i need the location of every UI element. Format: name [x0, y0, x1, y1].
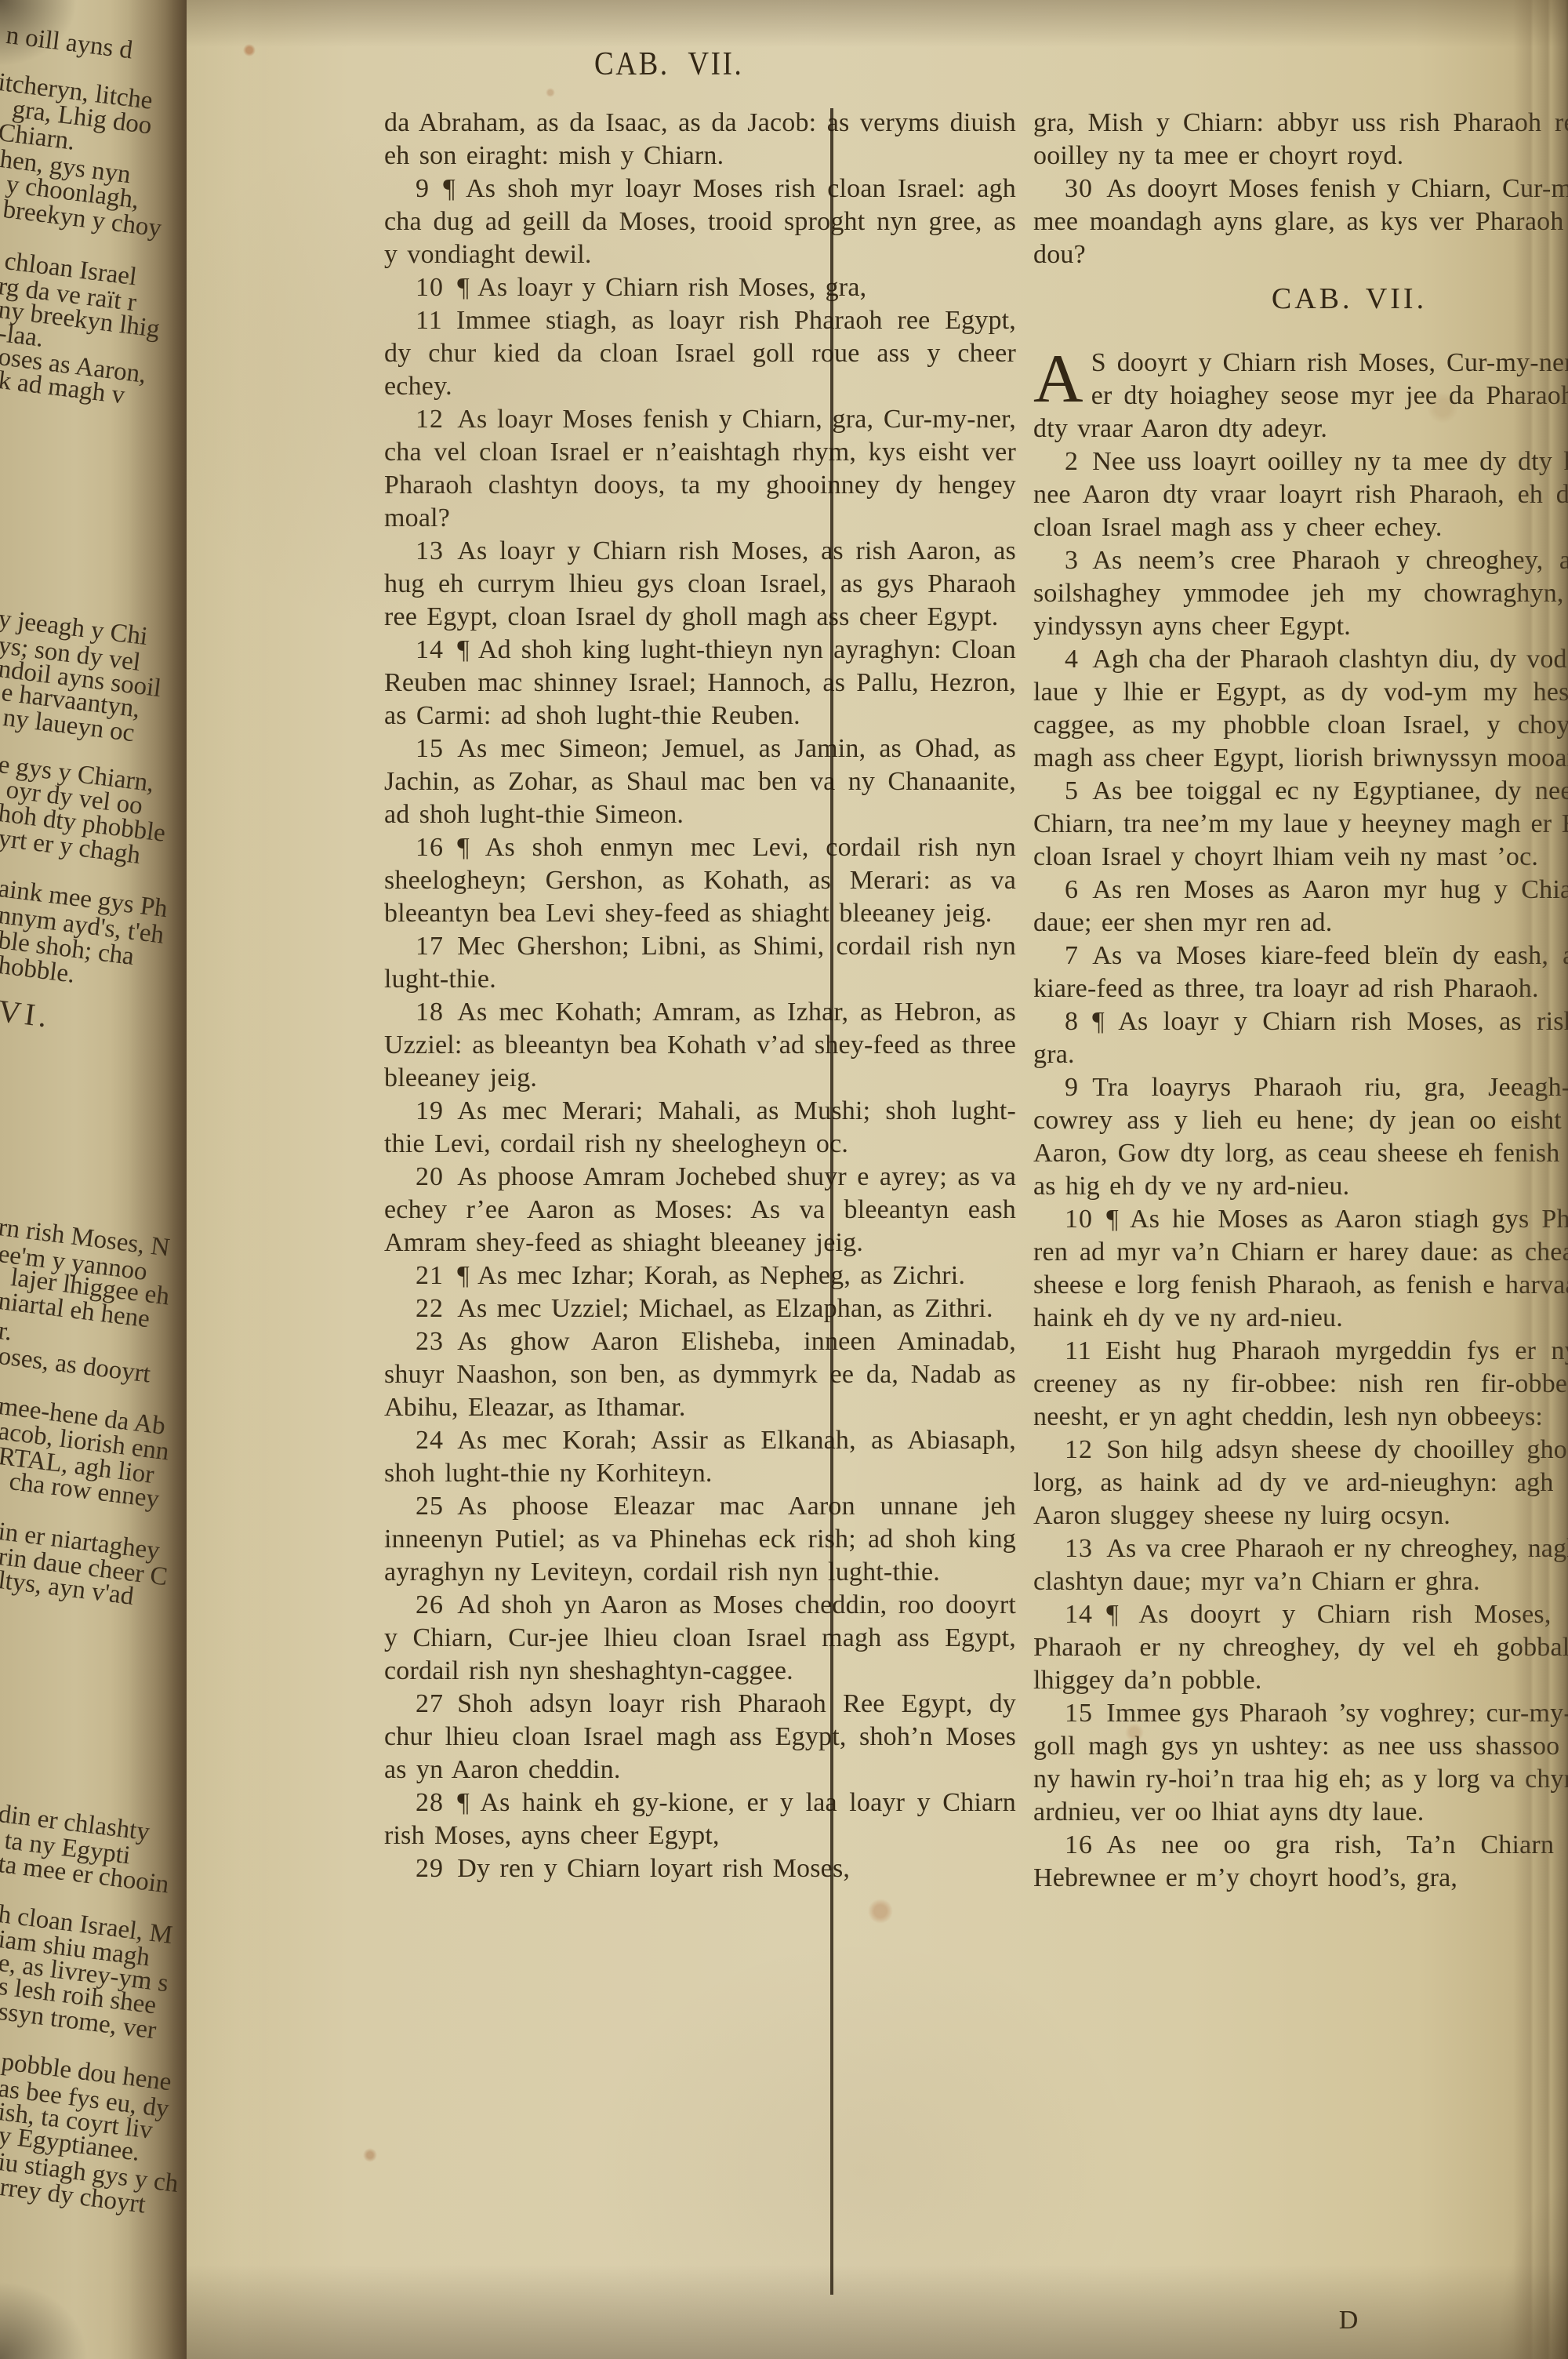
verse-16: 16 ¶ As shoh enmyn mec Levi, cordail ris…	[384, 831, 1016, 930]
verse-number: 13	[1065, 1534, 1093, 1563]
verse-13: 13 As va cree Pharaoh er ny chreoghey, n…	[1033, 1532, 1568, 1598]
verse-number: 27	[416, 1689, 444, 1718]
verse-number: 21	[416, 1261, 444, 1290]
pilcrow-mark: ¶	[457, 1788, 470, 1817]
verse-number: 5	[1065, 776, 1079, 805]
verse-27: 27 Shoh adsyn loayr rish Pharaoh Ree Egy…	[384, 1688, 1016, 1787]
verse-number: 12	[1065, 1435, 1093, 1464]
verse-continuation: da Abraham, as da Isaac, as da Jacob: as…	[384, 107, 1016, 173]
column-divider-rule	[830, 108, 833, 2295]
verse-11: 11 Immee stiagh, as loayr rish Pharaoh r…	[384, 304, 1016, 403]
verse-10: 10 ¶ As hie Moses as Aaron stiagh gys Ph…	[1033, 1203, 1568, 1335]
verse-28: 28 ¶ As haink eh gy-kione, er y laa loay…	[384, 1787, 1016, 1852]
verse-23: 23 As ghow Aaron Elisheba, inneen Aminad…	[384, 1325, 1016, 1424]
verse-2: 2 Nee uss loayrt ooilley ny ta mee dy dt…	[1033, 445, 1568, 544]
gutter-fragment-line: n oill ayns d	[5, 22, 134, 64]
verse-number: 15	[416, 734, 444, 763]
verse-19: 19 As mec Merari; Mahali, as Mushi; shoh…	[384, 1095, 1016, 1161]
verse-13: 13 As loayr y Chiarn rish Moses, as rish…	[384, 535, 1016, 634]
verse-21: 21 ¶ As mec Izhar; Korah, as Nepheg, as …	[384, 1259, 1016, 1292]
pilcrow-mark: ¶	[457, 635, 470, 664]
verse-number: 18	[416, 998, 444, 1027]
pilcrow-mark: ¶	[1092, 1007, 1105, 1036]
verse-14: 14 ¶ As dooyrt y Chiarn rish Moses, Ta c…	[1033, 1598, 1568, 1697]
verse-1: AS dooyrt y Chiarn rish Moses, Cur-my-ne…	[1033, 347, 1568, 445]
verse-22: 22 As mec Uzziel; Michael, as Elzaphan, …	[384, 1292, 1016, 1325]
verse-number: 15	[1065, 1699, 1093, 1728]
verse-17: 17 Mec Ghershon; Libni, as Shimi, cordai…	[384, 930, 1016, 996]
verse-number: 14	[1065, 1600, 1093, 1629]
verse-4: 4 Agh cha der Pharaoh clashtyn diu, dy v…	[1033, 643, 1568, 775]
verse-18: 18 As mec Kohath; Amram, as Izhar, as He…	[384, 996, 1016, 1095]
signature-mark: D	[1033, 2304, 1568, 2337]
right-column-verses-after: 2 Nee uss loayrt ooilley ny ta mee dy dt…	[1033, 445, 1568, 1895]
verse-10: 10 ¶ As loayr y Chiarn rish Moses, gra,	[384, 271, 1016, 304]
verse-number: 14	[416, 635, 444, 664]
verse-number: 17	[416, 932, 444, 961]
verse-number: 23	[416, 1327, 444, 1356]
verse-12: 12 Son hilg adsyn sheese dy chooilley gh…	[1033, 1434, 1568, 1532]
verse-14: 14 ¶ Ad shoh king lught-thieyn nyn ayrag…	[384, 634, 1016, 732]
verse-number: 9	[1065, 1073, 1079, 1102]
verse-11: 11 Eisht hug Pharaoh myrgeddin fys er ny…	[1033, 1335, 1568, 1434]
verse-number: 10	[416, 273, 444, 302]
right-column-verses-before: gra, Mish y Chiarn: abbyr uss rish Phara…	[1033, 107, 1568, 271]
verse-5: 5 As bee toiggal ec ny Egyptianee, dy ne…	[1033, 775, 1568, 874]
verse-number: 24	[416, 1426, 444, 1455]
verse-number: 8	[1065, 1007, 1079, 1036]
verse-8: 8 ¶ As loayr y Chiarn rish Moses, as ris…	[1033, 1005, 1568, 1071]
verse-26: 26 Ad shoh yn Aaron as Moses cheddin, ro…	[384, 1589, 1016, 1688]
verse-number: 19	[416, 1096, 444, 1125]
running-head: CAB. VII.	[594, 45, 743, 83]
verse-number: 13	[416, 536, 444, 565]
left-text-column: da Abraham, as da Isaac, as da Jacob: as…	[384, 107, 1016, 2287]
verse-3: 3 As neem’s cree Pharaoh y chreoghey, as…	[1033, 544, 1568, 643]
right-text-column: gra, Mish y Chiarn: abbyr uss rish Phara…	[1033, 107, 1568, 2359]
verse-number: 29	[416, 1854, 444, 1883]
verse-15: 15 Immee gys Pharaoh ’sy voghrey; cur-my…	[1033, 1697, 1568, 1829]
pilcrow-mark: ¶	[1106, 1205, 1119, 1234]
verse-number: 20	[416, 1162, 444, 1191]
verse-9: 9 Tra loayrys Pharaoh riu, gra, Jeeagh-j…	[1033, 1071, 1568, 1203]
verse-number: 16	[1065, 1830, 1093, 1859]
verse-25: 25 As phoose Eleazar mac Aaron unnane je…	[384, 1490, 1016, 1589]
verse-number: 12	[416, 405, 444, 434]
verse-number: 4	[1065, 645, 1079, 674]
gutter-fragment-line: VI.	[0, 998, 53, 1030]
verse-number: 25	[416, 1492, 444, 1521]
verse-number: 30	[1065, 174, 1093, 203]
verse-continuation: gra, Mish y Chiarn: abbyr uss rish Phara…	[1033, 107, 1568, 173]
verse-number: 3	[1065, 546, 1079, 575]
pilcrow-mark: ¶	[1106, 1600, 1119, 1629]
verse-12: 12 As loayr Moses fenish y Chiarn, gra, …	[384, 403, 1016, 535]
verse-7: 7 As va Moses kiare-feed bleïn dy eash, …	[1033, 940, 1568, 1005]
verse-24: 24 As mec Korah; Assir as Elkanah, as Ab…	[384, 1424, 1016, 1490]
verse-number: 28	[416, 1788, 444, 1817]
gutter-fragment-line: oses, as dooyrt	[0, 1343, 152, 1388]
verse-number: 2	[1065, 447, 1079, 476]
verse-number: 10	[1065, 1205, 1093, 1234]
page: CAB. VII. da Abraham, as da Isaac, as da…	[187, 0, 1568, 2359]
verse-15: 15 As mec Simeon; Jemuel, as Jamin, as O…	[384, 732, 1016, 831]
verse-6: 6 As ren Moses as Aaron myr hug y Chiarn…	[1033, 874, 1568, 940]
pilcrow-mark: ¶	[457, 833, 470, 862]
verse-number: 11	[416, 306, 443, 335]
verse-30: 30 As dooyrt Moses fenish y Chiarn, Cur-…	[1033, 173, 1568, 271]
verse-number: 22	[416, 1294, 444, 1323]
facing-page-edge: n oill ayns ditcheryn, litchegra, Lhig d…	[0, 0, 188, 2359]
verse-number: 6	[1065, 875, 1079, 904]
pilcrow-mark: ¶	[443, 174, 456, 203]
verse-number: 26	[416, 1590, 444, 1619]
verse-number: 11	[1065, 1336, 1092, 1365]
verse-number: 16	[416, 833, 444, 862]
chapter-heading: CAB. VII.	[1033, 282, 1568, 315]
pilcrow-mark: ¶	[457, 1261, 470, 1290]
book-page-photo: n oill ayns ditcheryn, litchegra, Lhig d…	[0, 0, 1568, 2359]
verse-number: 7	[1065, 941, 1079, 970]
pilcrow-mark: ¶	[457, 273, 470, 302]
drop-cap-letter: A	[1033, 351, 1083, 408]
verse-20: 20 As phoose Amram Jochebed shuyr e ayre…	[384, 1161, 1016, 1259]
verse-29: 29 Dy ren y Chiarn loyart rish Moses,	[384, 1852, 1016, 1885]
verse-number: 9	[416, 174, 430, 203]
verse-1-text: S dooyrt y Chiarn rish Moses, Cur-my-ner…	[1033, 348, 1568, 443]
verse-16: 16 As nee oo gra rish, Ta’n Chiarn Jee n…	[1033, 1829, 1568, 1895]
verse-9: 9 ¶ As shoh myr loayr Moses rish cloan I…	[384, 173, 1016, 271]
